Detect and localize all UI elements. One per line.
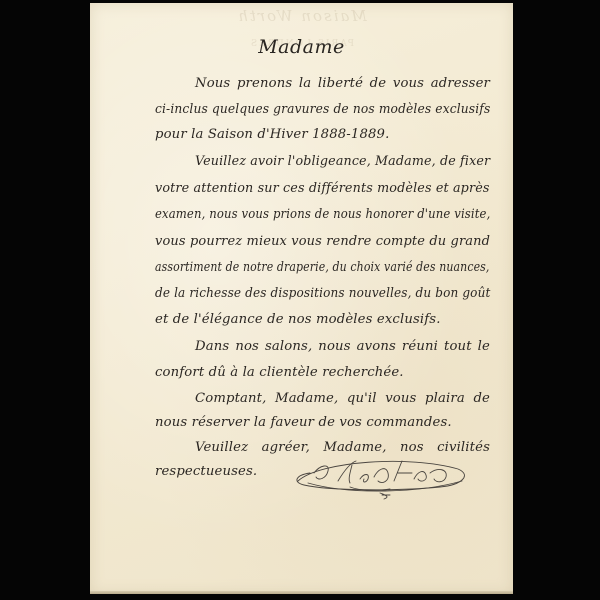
letter-line: examen, nous vous prions de nous honorer…: [155, 207, 450, 222]
letter-line: vous pourrez mieux vous rendre compte du…: [155, 234, 484, 249]
letter-line: nous réserver la faveur de vos commandes…: [155, 415, 490, 430]
letter-line: de la richesse des dispositions nouvelle…: [155, 286, 461, 301]
letter-line: pour la Saison d'Hiver 1888-1889.: [155, 127, 490, 142]
letter-line: assortiment de notre draperie, du choix …: [155, 260, 433, 275]
signature-flourish: E. Leydet & Cie: [290, 451, 470, 501]
letterhead-bleed-through: Maison Worth: [90, 7, 513, 25]
letter-line: et de l'élégance de nos modèles exclusif…: [155, 312, 490, 327]
letter-line: votre attention sur ces différents modèl…: [155, 181, 478, 196]
letter-line: Veuillez avoir l'obligeance, Madame, de …: [195, 154, 478, 169]
letter-line: Nous prenons la liberté de vous adresser: [195, 76, 490, 91]
letter-line: Dans nos salons, nous avons réuni tout l…: [195, 339, 490, 354]
letter-line: ci-inclus quelques gravures de nos modèl…: [155, 102, 466, 117]
salutation: Madame: [90, 36, 513, 58]
letter-line: Comptant, Madame, qu'il vous plaira de: [195, 391, 490, 406]
letter-line: confort dû à la clientèle recherchée.: [155, 365, 490, 380]
letter-page: Maison Worth PARIS LONDRES Madame Nous p…: [90, 3, 513, 594]
